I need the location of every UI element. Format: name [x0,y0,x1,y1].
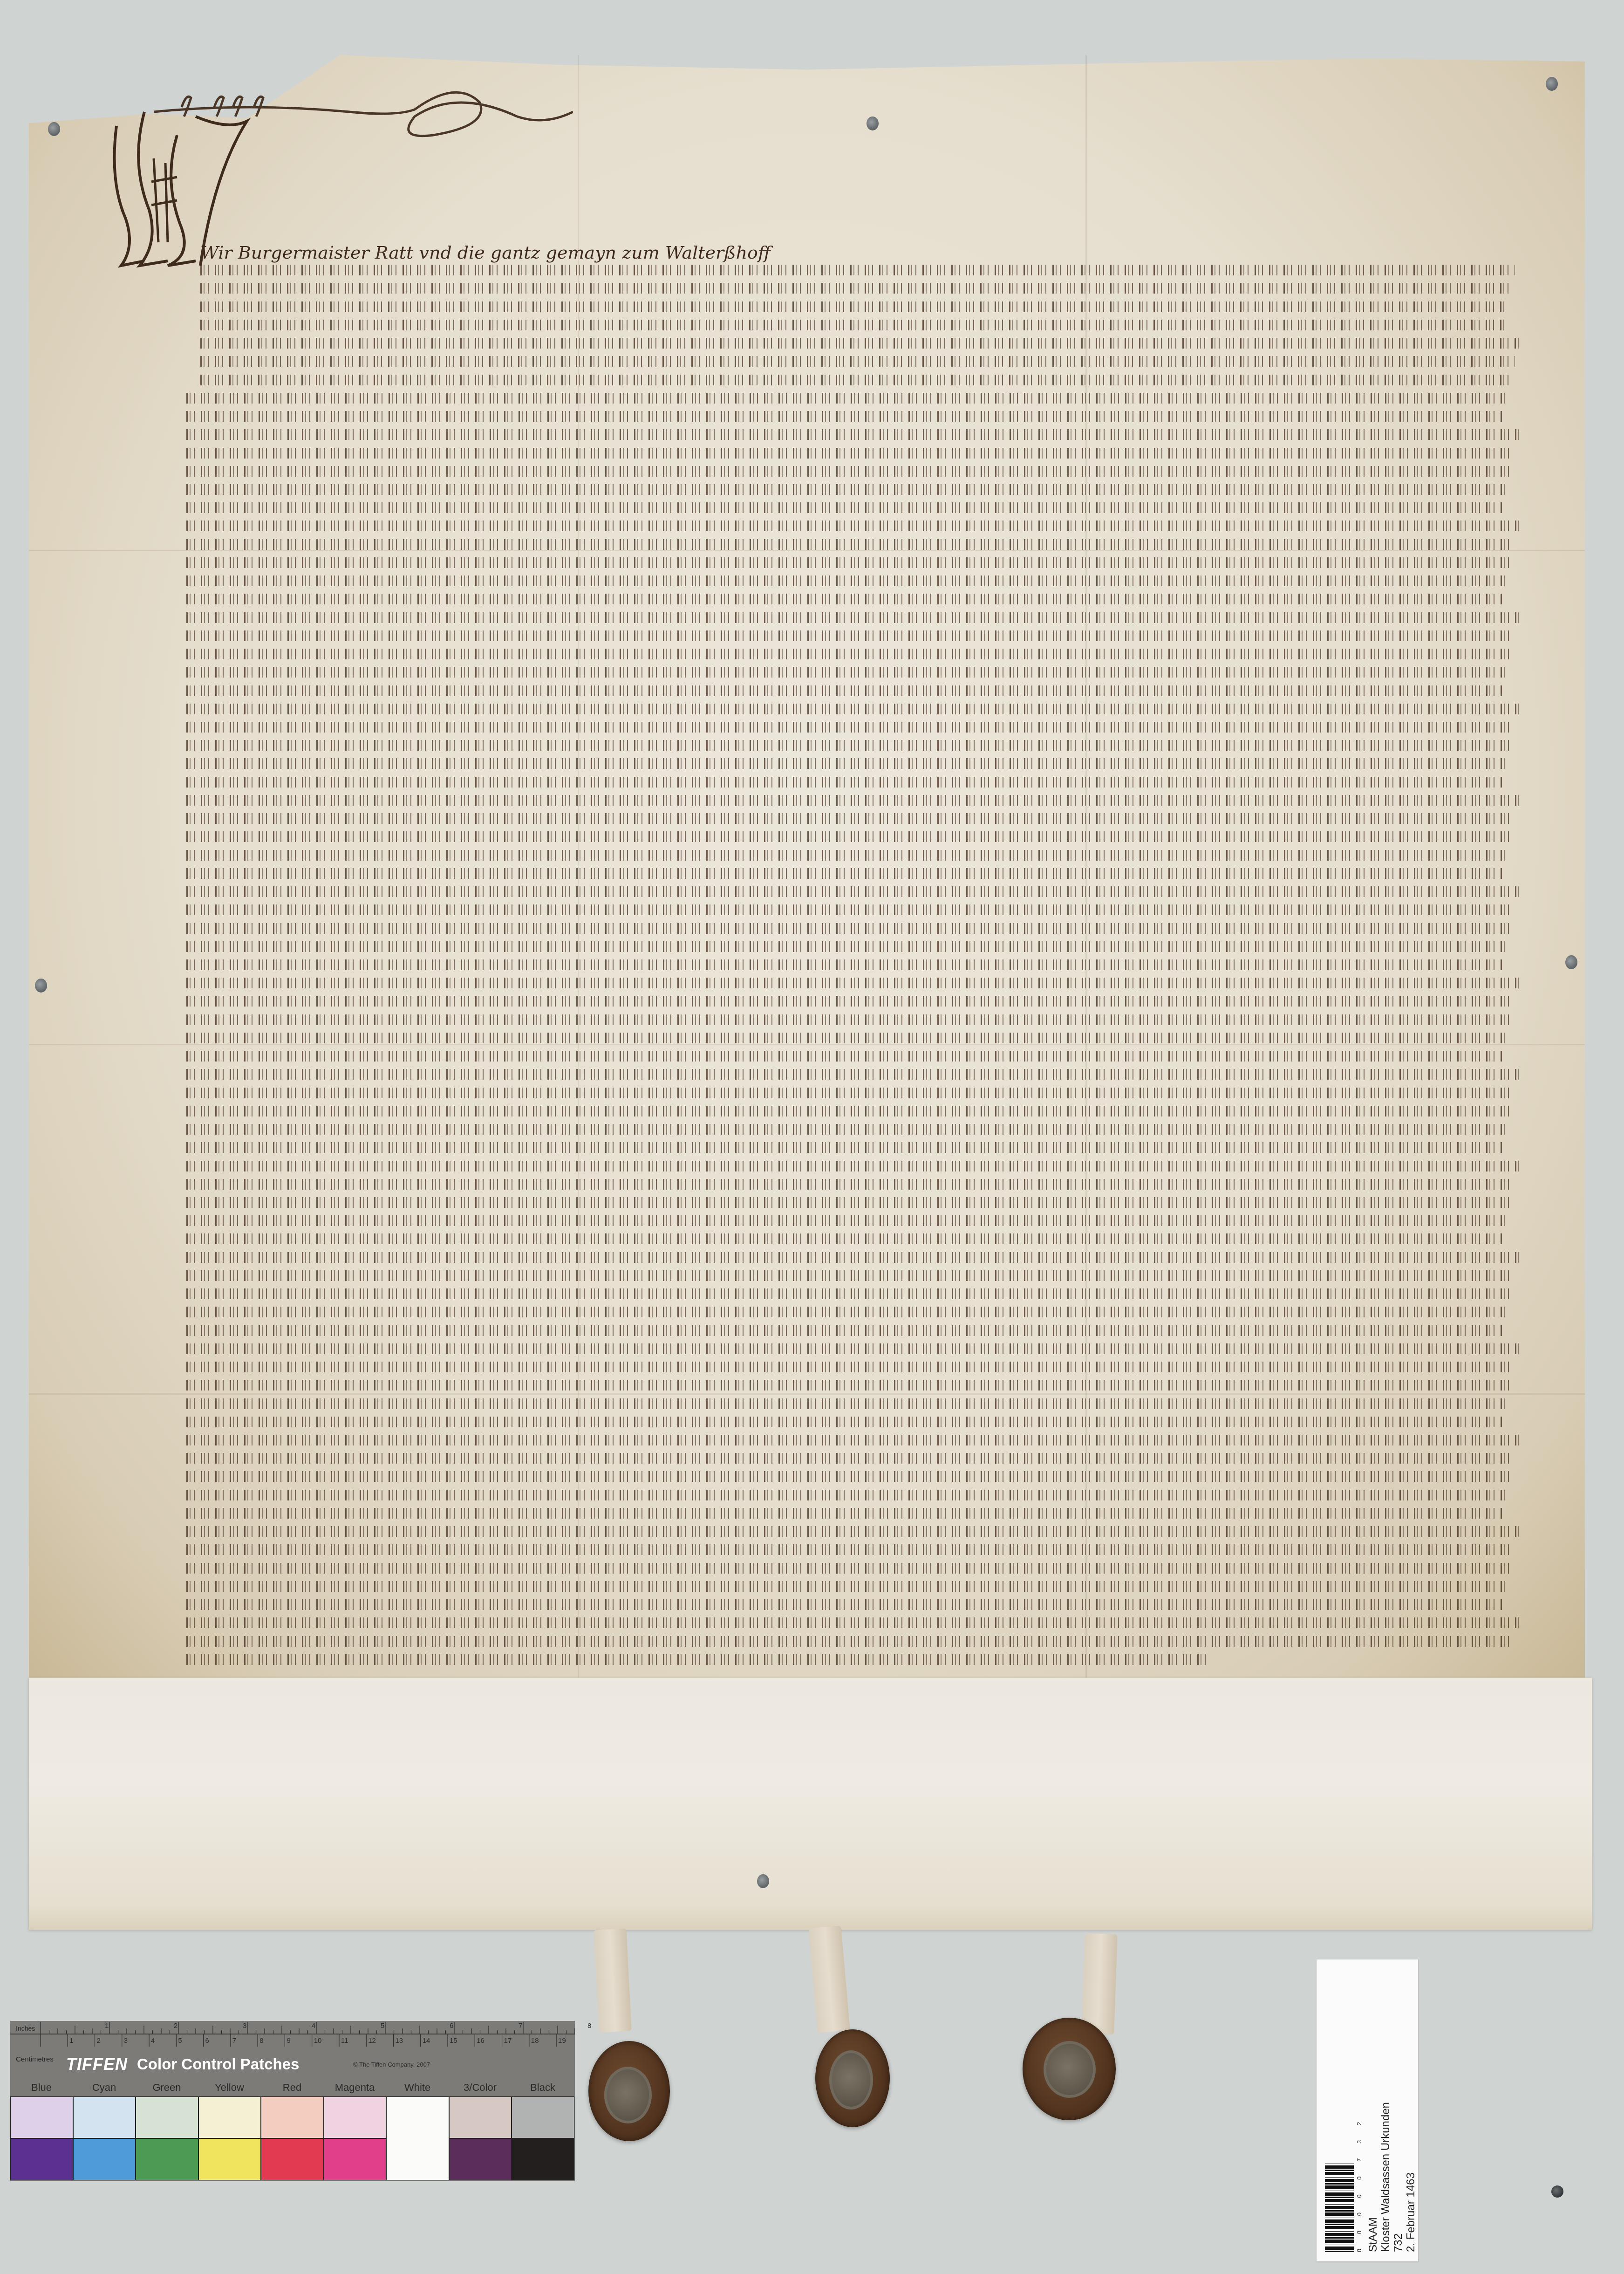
inch-tick-label: 5 [381,2022,384,2030]
cm-tick-label: 11 [341,2037,348,2045]
cm-tick-label: 12 [368,2037,376,2045]
color-control-card: Inches Centimetres 123456781234567891011… [10,2021,575,2181]
patch-magenta-dark [324,2138,387,2180]
archive-label: 0 0 0 0 0 7 3 2 StAAM Kloster Waldsassen… [1317,1959,1418,2261]
inch-tick-label: 6 [450,2022,453,2030]
patch-red-dark [261,2138,324,2180]
tiffen-logo: TIFFEN [66,2055,128,2074]
cm-tick-label: 3 [124,2037,128,2045]
patch-black-light [512,2096,574,2138]
wax-seal-2 [815,2029,890,2127]
cm-tick-label: 16 [477,2037,484,2045]
seal-strap [808,1925,850,2033]
patch-cyan-light [73,2096,136,2138]
patch-3-color-light [449,2096,512,2138]
inch-tick-label: 4 [312,2022,315,2030]
patch-label: Green [143,2082,191,2094]
patch-blue-dark [10,2138,73,2180]
archive-number: 732 [1392,2233,1405,2252]
archive-date: 2. Februar 1463 [1405,2172,1418,2252]
inch-tick-label: 7 [519,2022,522,2030]
patch-green-light [136,2096,198,2138]
cm-tick-label: 13 [395,2037,403,2045]
patch-label: Red [268,2082,316,2094]
seal-impression-figure [829,2050,873,2110]
patch-label: Black [519,2082,567,2094]
archive-collection: Kloster Waldsassen Urkunden [1379,2102,1392,2252]
patch-blue-light [10,2096,73,2138]
archive-name: StAAM [1367,2217,1380,2252]
mount-hole [48,122,60,136]
patch-magenta-light [324,2096,387,2138]
patch-yellow-dark [198,2138,261,2180]
patch-white [386,2096,449,2180]
inch-tick-label: 2 [174,2022,177,2030]
barcode-digits: 0 0 0 0 0 7 3 2 [1356,2116,1363,2252]
mount-hole [1565,955,1577,969]
manuscript-text-block [186,242,1519,1678]
patch-label: Blue [17,2082,66,2094]
cm-tick-label: 9 [287,2037,290,2045]
manuscript-line [186,1650,1211,1671]
inch-tick-label: 3 [243,2022,246,2030]
patch-red-light [261,2096,324,2138]
ruler-centimetres-label: Centimetres [16,2055,54,2063]
card-copyright: © The Tiffen Company, 2007 [353,2061,430,2068]
mount-hole [35,979,47,993]
patch-label: Yellow [205,2082,254,2094]
patch-label: 3/Color [456,2082,505,2094]
patch-label: Magenta [331,2082,379,2094]
inch-tick-label: 8 [587,2022,591,2030]
patch-label: White [393,2082,442,2094]
cm-tick-label: 8 [259,2037,263,2045]
ruler-inches-label: Inches [16,2025,35,2032]
cm-tick-label: 10 [314,2037,322,2045]
cm-tick-label: 15 [450,2037,457,2045]
wax-seal-3 [1023,2018,1116,2120]
plica-fold [29,1678,1592,1930]
patch-yellow-light [198,2096,261,2138]
cm-tick-label: 19 [558,2037,566,2045]
seal-impression-saint [1044,2041,1096,2098]
cm-tick-label: 4 [151,2037,155,2045]
cm-tick-label: 2 [97,2037,101,2045]
mount-pin [1551,2185,1563,2198]
cm-tick-label: 6 [205,2037,209,2045]
seal-strap [1081,1933,1117,2034]
patch-3-color-dark [449,2138,512,2180]
cm-tick-label: 17 [504,2037,512,2045]
cm-tick-label: 5 [178,2037,182,2045]
seal-strap [594,1928,631,2032]
mount-hole [1546,77,1558,91]
mount-hole [867,116,879,130]
cm-tick-label: 1 [69,2037,73,2045]
cm-tick-label: 18 [531,2037,539,2045]
mount-hole [757,1874,769,1888]
barcode [1325,2164,1354,2252]
cm-tick-label: 14 [423,2037,430,2045]
patch-green-dark [136,2138,198,2180]
patch-cyan-dark [73,2138,136,2180]
seal-impression-coat-of-arms [604,2067,652,2123]
cm-tick-label: 7 [232,2037,236,2045]
card-product-name: Color Control Patches [137,2055,299,2073]
ruler [10,2021,575,2058]
wax-seal-1 [588,2041,670,2141]
inch-tick-label: 1 [105,2022,109,2030]
patch-label: Cyan [80,2082,129,2094]
patch-black-dark [512,2138,574,2180]
